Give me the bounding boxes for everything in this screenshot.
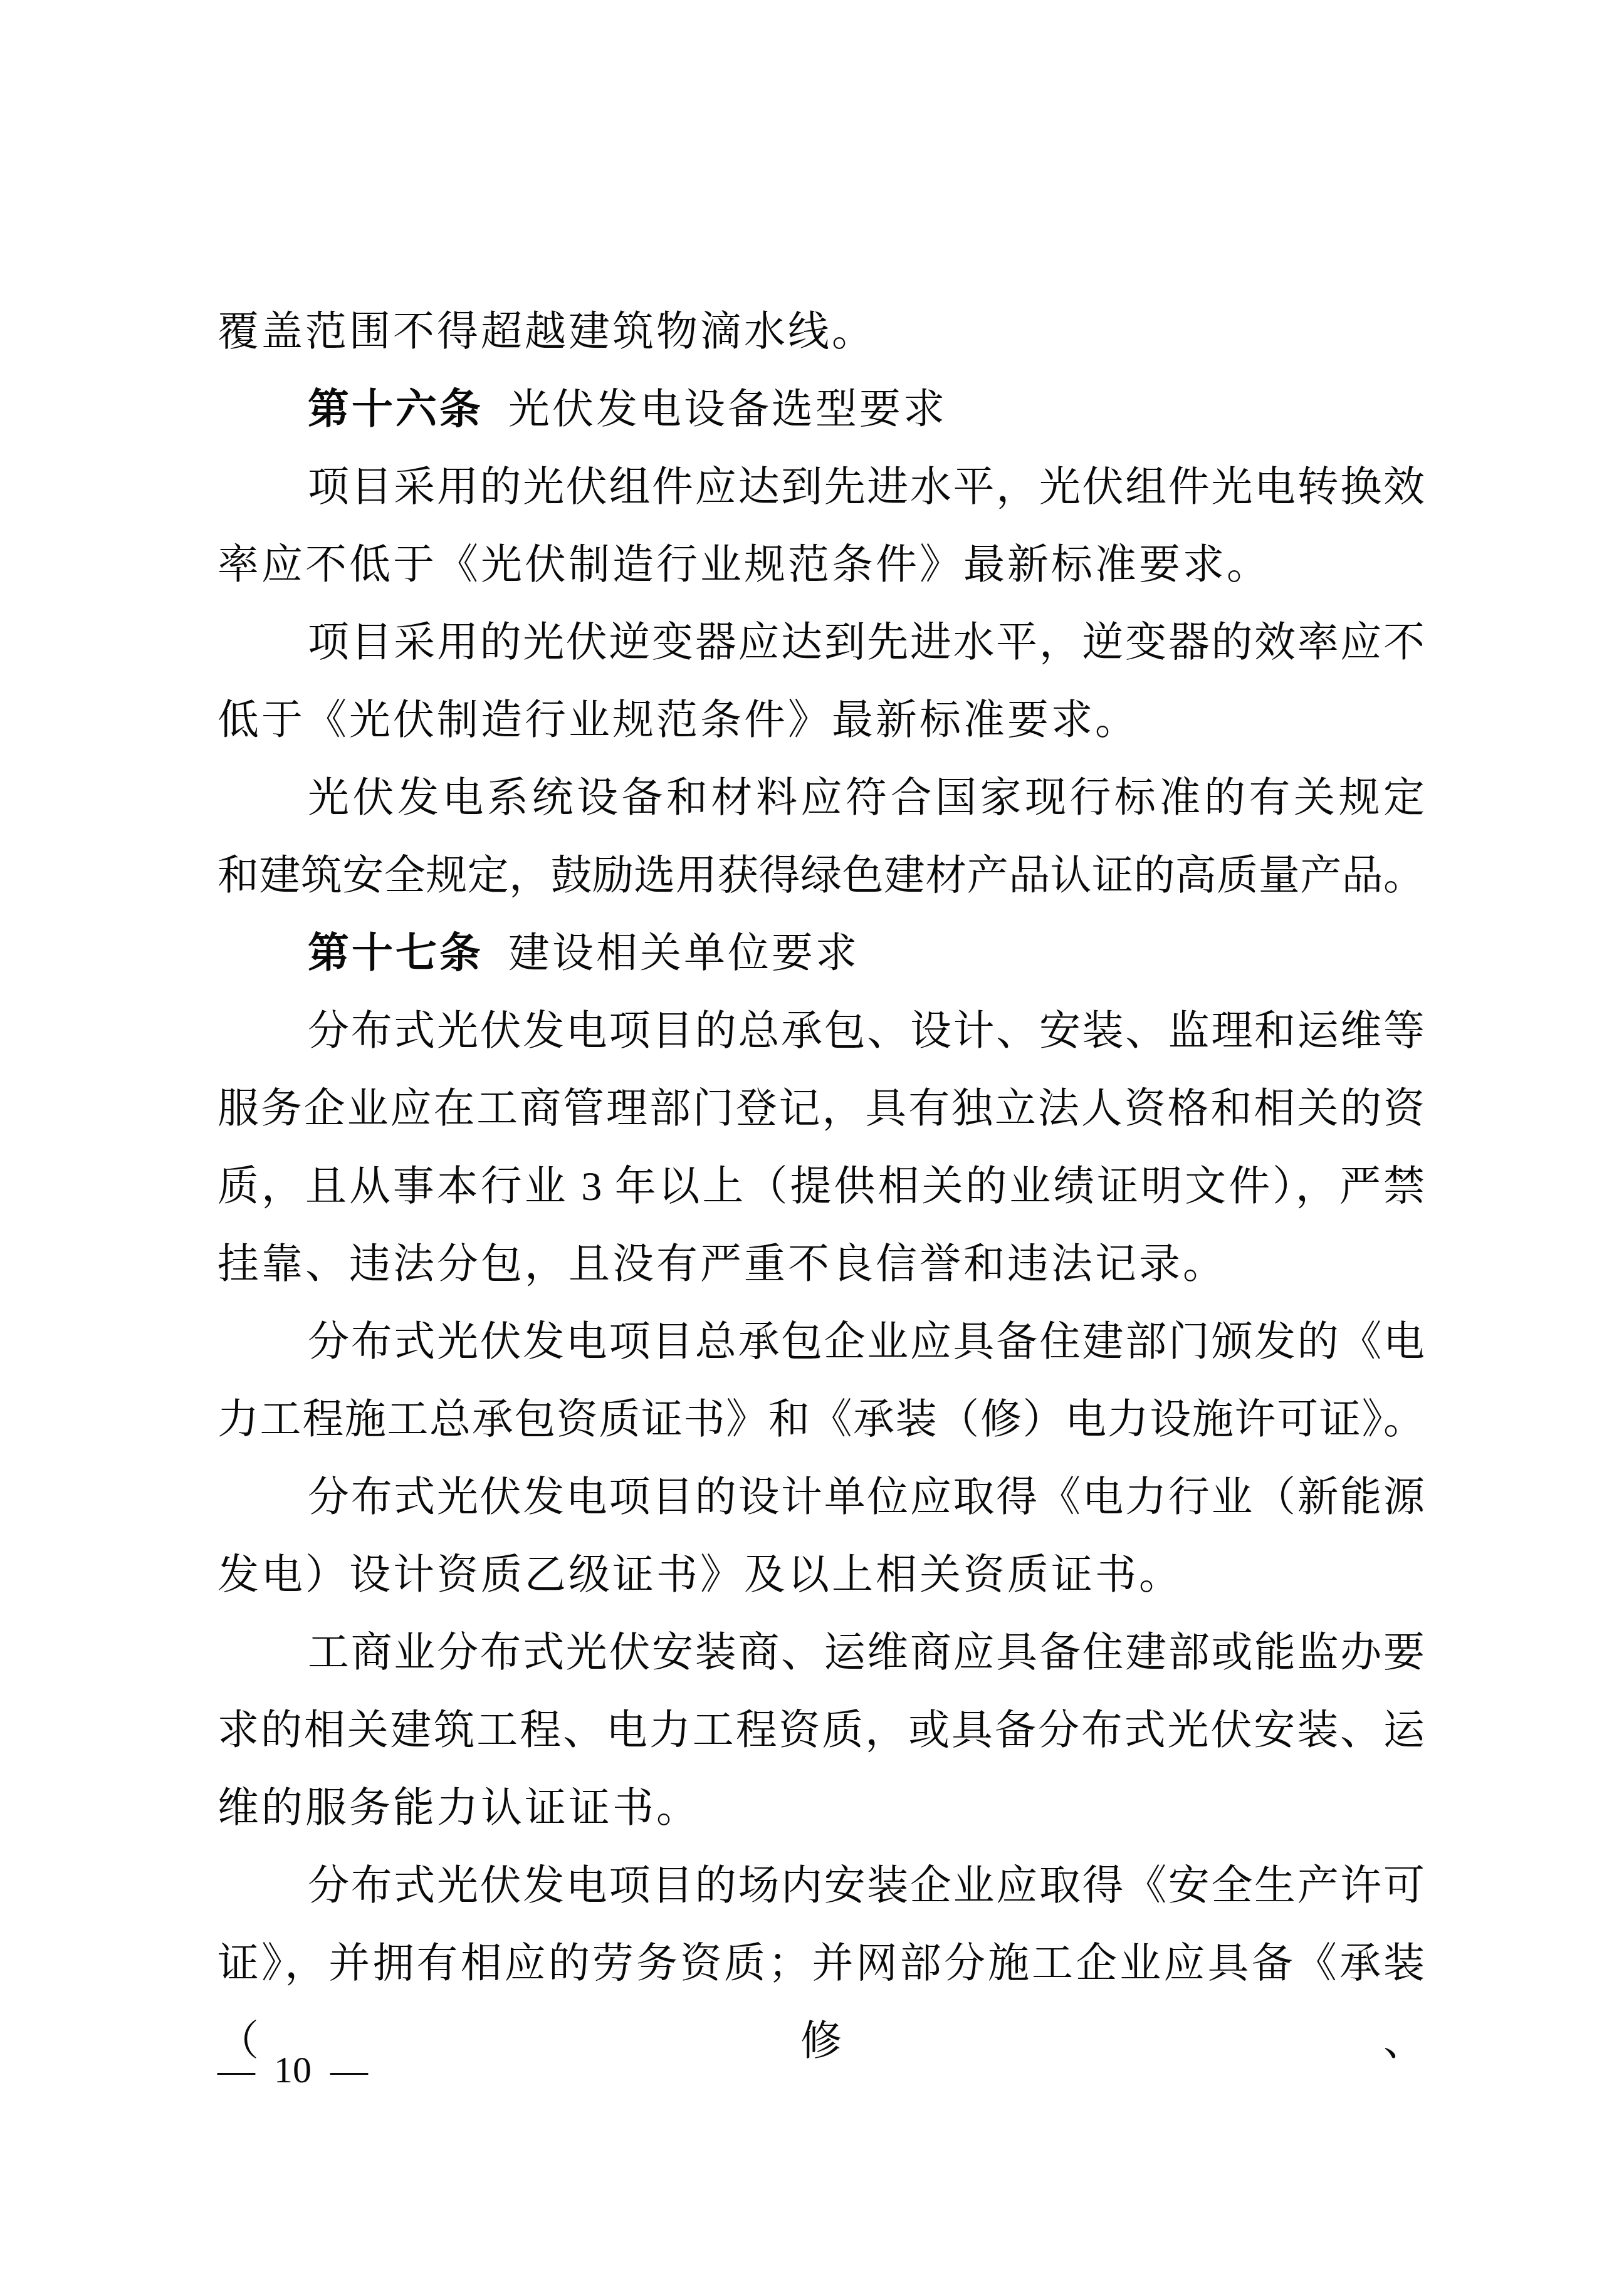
body-text-line: 光伏发电系统设备和材料应符合国家现行标准的有关规定: [217, 759, 1425, 837]
footer-dash-right: —: [330, 2049, 368, 2090]
document-body: 覆盖范围不得超越建筑物滴水线。第十六条光伏发电设备选型要求项目采用的光伏组件应达…: [217, 293, 1425, 2003]
body-text-line: 和建筑安全规定，鼓励选用获得绿色建材产品认证的高质量产品。: [217, 837, 1425, 915]
body-text-line: 分布式光伏发电项目的总承包、设计、安装、监理和运维等: [217, 993, 1425, 1070]
body-text-line: 维的服务能力认证证书。: [217, 1770, 1425, 1847]
body-text-line: 率应不低于《光伏制造行业规范条件》最新标准要求。: [217, 526, 1425, 604]
body-text-line: 分布式光伏发电项目的场内安装企业应取得《安全生产许可: [217, 1847, 1425, 1925]
document-page: 覆盖范围不得超越建筑物滴水线。第十六条光伏发电设备选型要求项目采用的光伏组件应达…: [0, 0, 1624, 2296]
body-text-line: 发电）设计资质乙级证书》及以上相关资质证书。: [217, 1537, 1425, 1614]
body-text-line: 服务企业应在工商管理部门登记，具有独立法人资格和相关的资: [217, 1070, 1425, 1148]
body-text-line: 质，且从事本行业 3 年以上（提供相关的业绩证明文件），严禁: [217, 1148, 1425, 1226]
article-title: 建设相关单位要求: [508, 931, 859, 976]
article-heading-line: 第十七条建设相关单位要求: [217, 915, 1425, 993]
article-title: 光伏发电设备选型要求: [508, 387, 947, 432]
article-number: 第十七条: [308, 931, 483, 976]
body-text-line: 证》，并拥有相应的劳务资质；并网部分施工企业应具备《承装（修、: [217, 1925, 1425, 2003]
body-text-line: 力工程施工总承包资质证书》和《承装（修）电力设施许可证》。: [217, 1381, 1425, 1459]
body-text-line: 分布式光伏发电项目的设计单位应取得《电力行业（新能源: [217, 1459, 1425, 1537]
article-heading-line: 第十六条光伏发电设备选型要求: [217, 371, 1425, 449]
body-text-line: 分布式光伏发电项目总承包企业应具备住建部门颁发的《电: [217, 1303, 1425, 1381]
page-footer: —10—: [217, 2050, 368, 2089]
page-number: 10: [274, 2049, 312, 2090]
body-text-line: 项目采用的光伏组件应达到先进水平，光伏组件光电转换效: [217, 449, 1425, 526]
body-text-line: 挂靠、违法分包，且没有严重不良信誉和违法记录。: [217, 1226, 1425, 1303]
body-text-line: 求的相关建筑工程、电力工程资质，或具备分布式光伏安装、运: [217, 1692, 1425, 1770]
body-text-line: 工商业分布式光伏安装商、运维商应具备住建部或能监办要: [217, 1614, 1425, 1692]
body-text-line: 项目采用的光伏逆变器应达到先进水平，逆变器的效率应不: [217, 604, 1425, 682]
article-number: 第十六条: [308, 387, 483, 432]
footer-dash-left: —: [217, 2049, 255, 2090]
body-text-line: 覆盖范围不得超越建筑物滴水线。: [217, 293, 1425, 371]
body-text-line: 低于《光伏制造行业规范条件》最新标准要求。: [217, 682, 1425, 759]
